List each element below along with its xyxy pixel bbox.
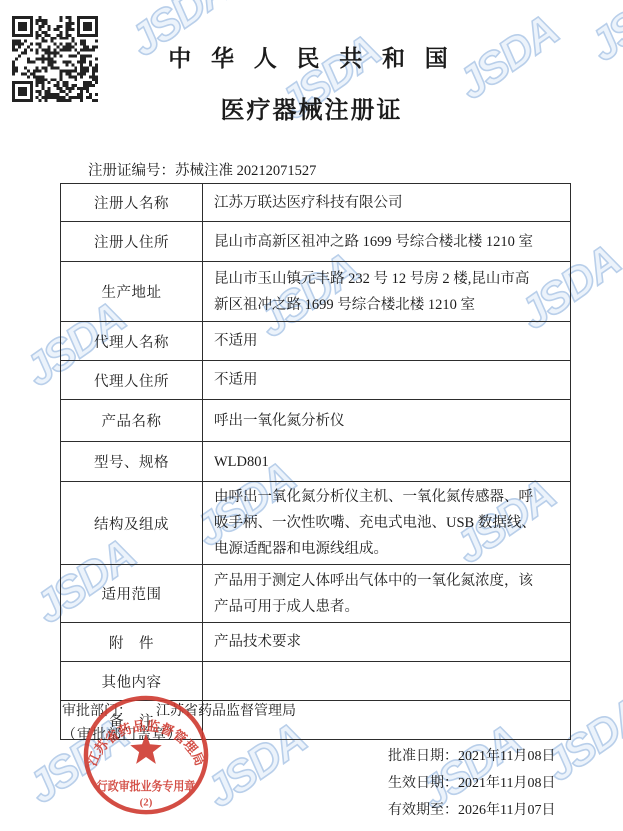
seal-star-icon (130, 733, 162, 764)
row-label: 型号、规格 (61, 442, 203, 482)
row-value: 昆山市高新区祖冲之路 1699 号综合楼北楼 1210 室 (203, 222, 571, 262)
certificate-table: 注册人名称 江苏万联达医疗科技有限公司 注册人住所 昆山市高新区祖冲之路 169… (60, 183, 571, 740)
row-value: 不适用 (203, 322, 571, 361)
certificate-title-line1: 中 华 人 民 共 和 国 (0, 40, 623, 73)
table-row-attachment: 附 件 产品技术要求 (61, 623, 571, 662)
dates-block: 批准日期：2021年11月08日 生效日期：2021年11月08日 有效期至：2… (388, 743, 555, 824)
certificate-number-label: 注册证编号： (88, 163, 175, 179)
table-row-production-address: 生产地址 昆山市玉山镇元丰路 232 号 12 号房 2 楼,昆山市高 新区祖冲… (61, 262, 571, 322)
row-value: 产品技术要求 (203, 623, 571, 662)
table-row-structure-composition: 结构及组成 由呼出一氧化氮分析仪主机、一氧化氮传感器、呼 吸手柄、一次性吹嘴、充… (61, 482, 571, 565)
row-value: 昆山市玉山镇元丰路 232 号 12 号房 2 楼,昆山市高 新区祖冲之路 16… (203, 262, 571, 322)
row-value: 由呼出一氧化氮分析仪主机、一氧化氮传感器、呼 吸手柄、一次性吹嘴、充电式电池、U… (203, 482, 571, 565)
row-label: 生产地址 (61, 262, 203, 322)
row-label: 适用范围 (61, 565, 203, 623)
row-value: 呼出一氧化氮分析仪 (203, 400, 571, 442)
certificate-title-line2: 医疗器械注册证 (0, 90, 623, 125)
row-value (203, 662, 571, 701)
approval-date-value: 2021年11月08日 (458, 749, 555, 764)
row-value: WLD801 (203, 442, 571, 482)
row-label: 注册人名称 (61, 184, 203, 222)
seal-number-text: (2) (140, 796, 153, 808)
approval-date-label: 批准日期： (388, 749, 458, 764)
expiry-date: 有效期至：2026年11月07日 (388, 797, 555, 824)
approval-date: 批准日期：2021年11月08日 (388, 743, 555, 770)
expiry-date-value: 2026年11月07日 (458, 803, 555, 818)
row-value: 产品用于测定人体呼出气体中的一氧化氮浓度，该 产品可用于成人患者。 (203, 565, 571, 623)
expiry-date-label: 有效期至： (388, 803, 458, 818)
row-label: 产品名称 (61, 400, 203, 442)
row-value: 江苏万联达医疗科技有限公司 (203, 184, 571, 222)
certificate-page: JSDAJSDAJSDAJSDAJSDAJSDAJSDAJSDAJSDAJSDA… (0, 0, 623, 831)
table-row-scope-of-application: 适用范围 产品用于测定人体呼出气体中的一氧化氮浓度，该 产品可用于成人患者。 (61, 565, 571, 623)
row-label: 代理人住所 (61, 361, 203, 400)
table-row-product-name: 产品名称 呼出一氧化氮分析仪 (61, 400, 571, 442)
row-label: 代理人名称 (61, 322, 203, 361)
table-row-agent-address: 代理人住所 不适用 (61, 361, 571, 400)
table-row-agent-name: 代理人名称 不适用 (61, 322, 571, 361)
row-label: 附 件 (61, 623, 203, 662)
effective-date-label: 生效日期： (388, 776, 458, 791)
certificate-number-value: 苏械注准 20212071527 (175, 163, 316, 179)
header: 中 华 人 民 共 和 国 医疗器械注册证 (0, 40, 623, 125)
table-row-registrant-address: 注册人住所 昆山市高新区祖冲之路 1699 号综合楼北楼 1210 室 (61, 222, 571, 262)
row-label: 注册人住所 (61, 222, 203, 262)
seal-title-text: 行政审批业务专用章 (97, 779, 196, 794)
row-value: 不适用 (203, 361, 571, 400)
certificate-number-line: 注册证编号：苏械注准 20212071527 (88, 159, 316, 180)
table-row-model-spec: 型号、规格 WLD801 (61, 442, 571, 482)
official-seal: 江苏省药品监督管理局 行政审批业务专用章 (2) (79, 693, 213, 823)
table-row-registrant-name: 注册人名称 江苏万联达医疗科技有限公司 (61, 184, 571, 222)
effective-date-value: 2021年11月08日 (458, 776, 555, 791)
row-label: 结构及组成 (61, 482, 203, 565)
effective-date: 生效日期：2021年11月08日 (388, 770, 555, 797)
